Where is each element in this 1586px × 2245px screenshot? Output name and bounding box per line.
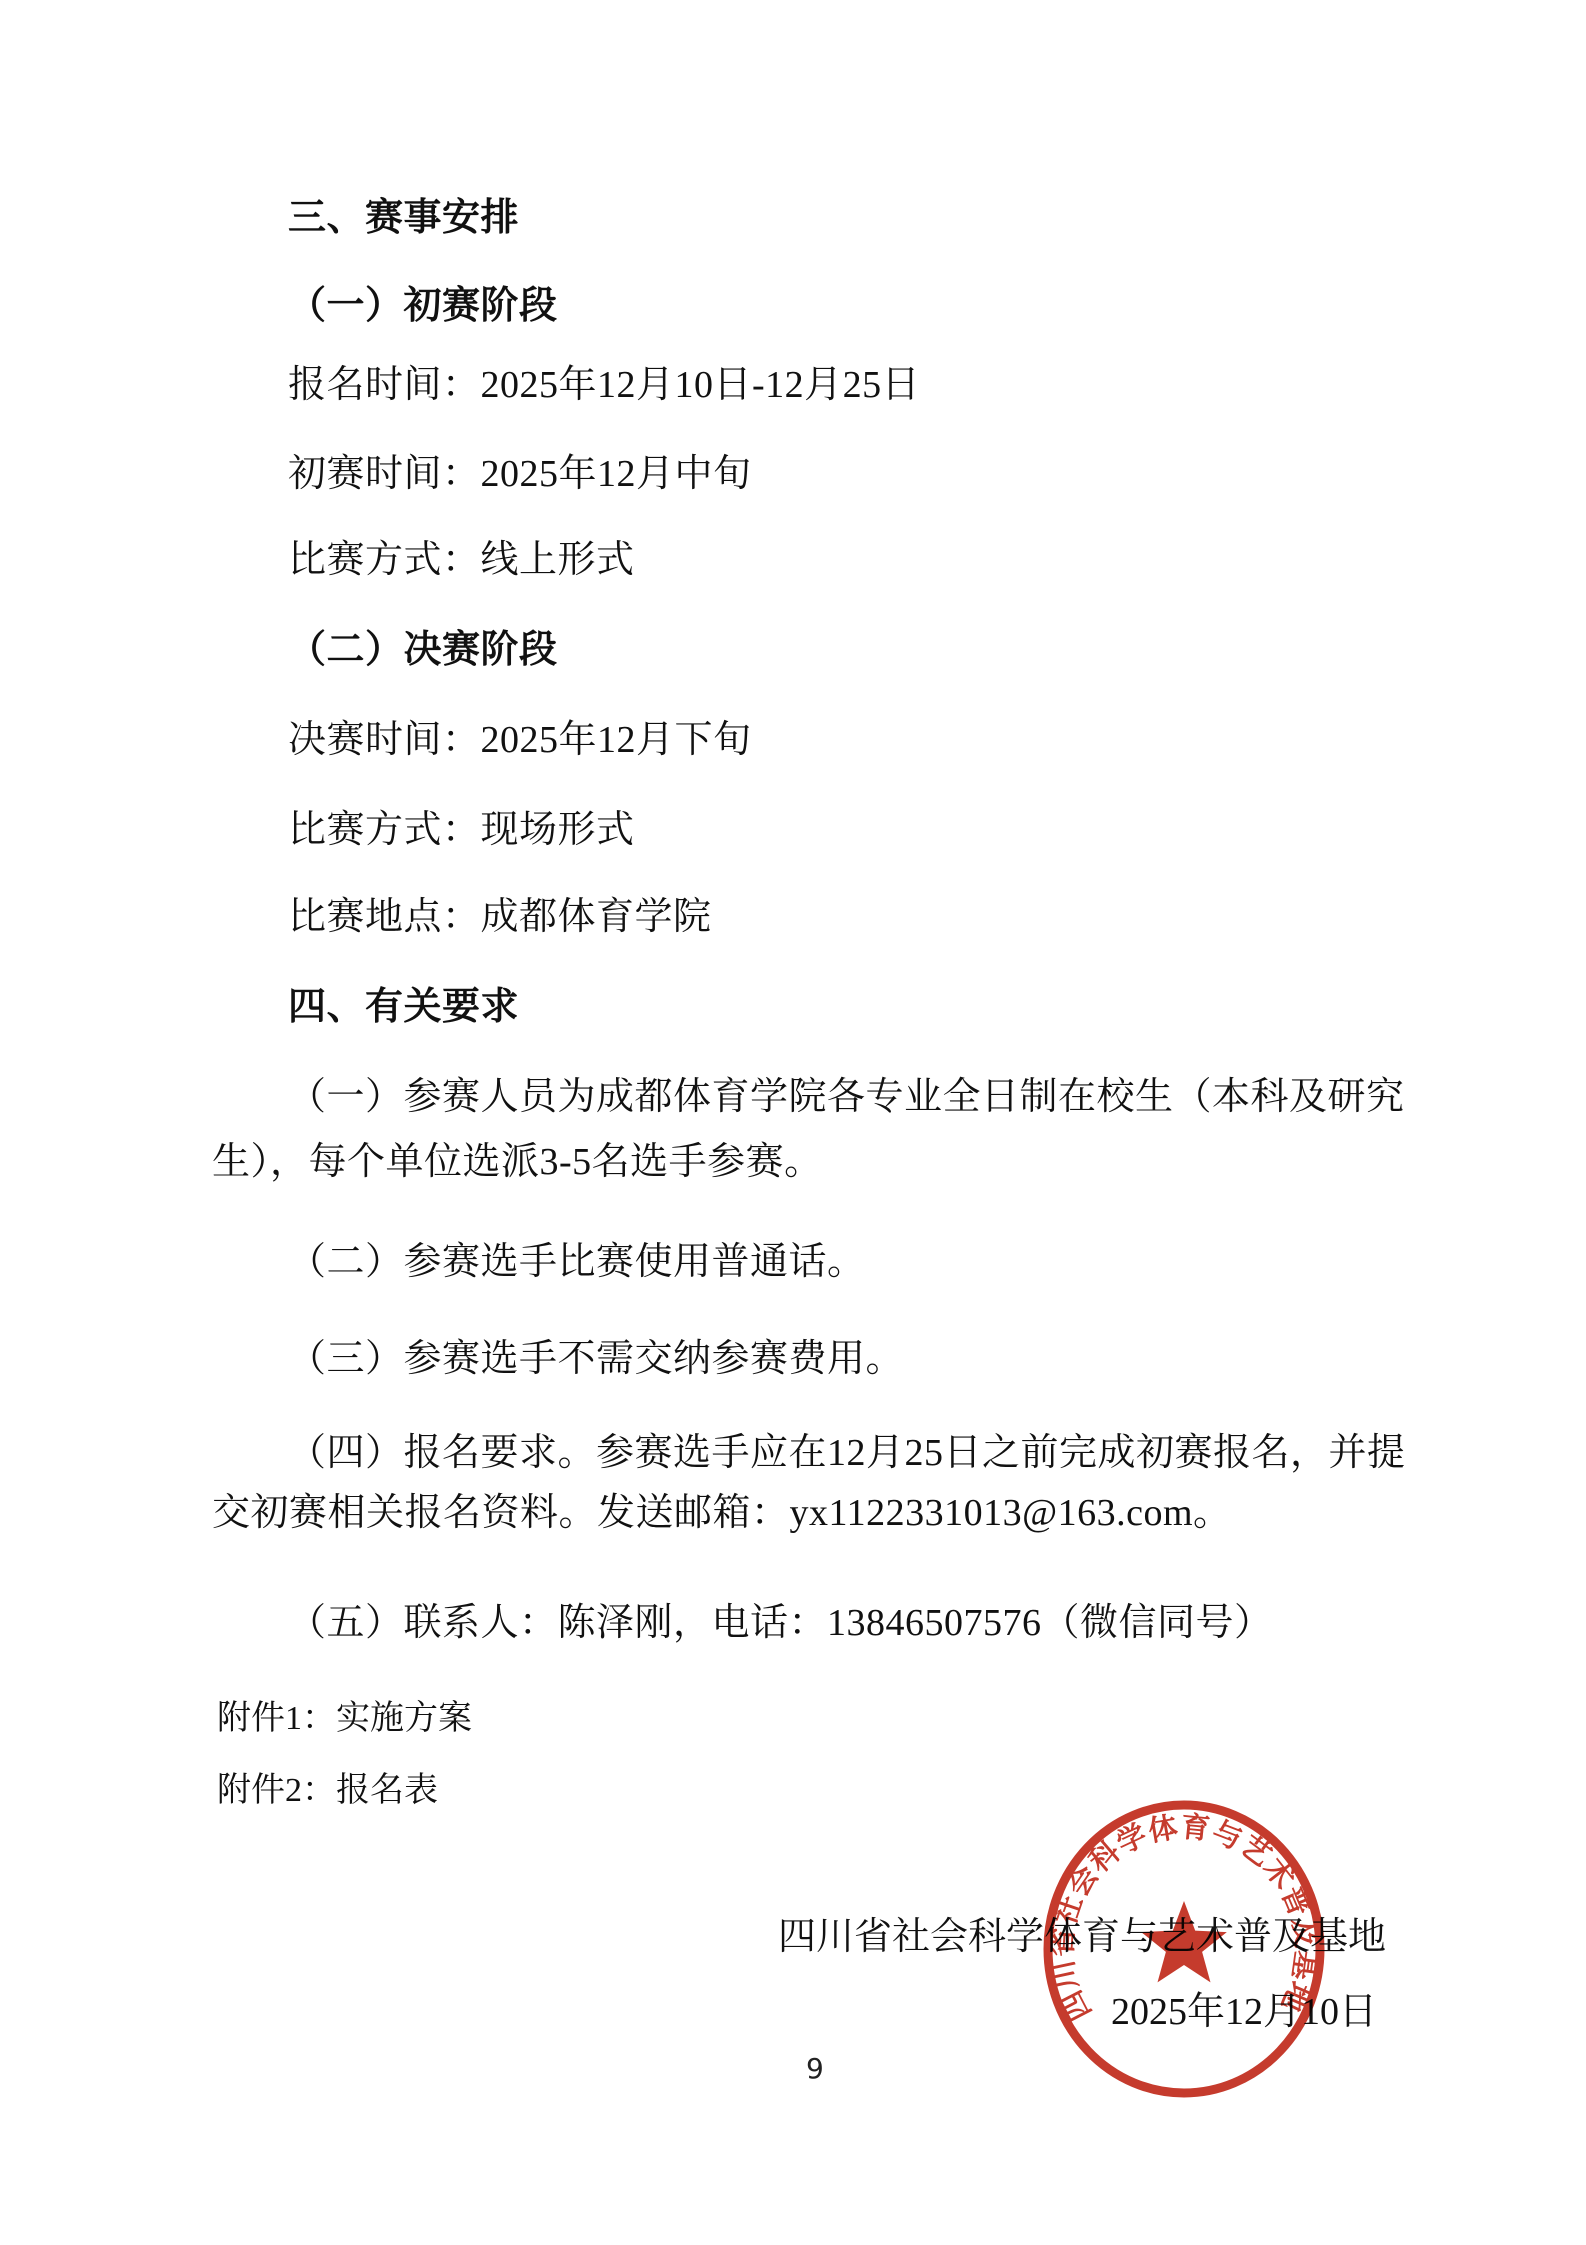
line-format-online: 比赛方式：线上形式 — [288, 538, 635, 584]
requirement-4-line-1: （四）报名要求。参赛选手应在12月25日之前完成初赛报名，并提 — [288, 1431, 1406, 1477]
document-page: 三、赛事安排 （一）初赛阶段 报名时间：2025年12月10日-12月25日 初… — [0, 0, 1586, 2245]
line-preliminary-time: 初赛时间：2025年12月中旬 — [288, 452, 752, 498]
requirement-3: （三）参赛选手不需交纳参赛费用。 — [288, 1337, 904, 1383]
subheading-preliminary-stage: （一）初赛阶段 — [288, 284, 558, 330]
line-registration-time: 报名时间：2025年12月10日-12月25日 — [288, 363, 920, 409]
heading-section-three: 三、赛事安排 — [288, 196, 519, 242]
signature-date: 2025年12月10日 — [1111, 1980, 1377, 2035]
attachment-2: 附件2：报名表 — [217, 1762, 438, 1811]
signature-organization: 四川省社会科学体育与艺术普及基地 — [778, 1905, 1386, 1960]
line-final-time: 决赛时间：2025年12月下旬 — [288, 718, 752, 764]
heading-section-four: 四、有关要求 — [288, 985, 519, 1031]
requirement-2: （二）参赛选手比赛使用普通话。 — [288, 1240, 866, 1286]
line-format-onsite: 比赛方式：现场形式 — [288, 808, 635, 854]
subheading-final-stage: （二）决赛阶段 — [288, 628, 558, 674]
line-venue: 比赛地点：成都体育学院 — [288, 895, 712, 941]
requirement-5-contact: （五）联系人：陈泽刚，电话：13846507576（微信同号） — [288, 1601, 1273, 1647]
page-number: 9 — [806, 2052, 824, 2085]
requirement-1-line-1: （一）参赛人员为成都体育学院各专业全日制在校生（本科及研究 — [288, 1075, 1405, 1121]
requirement-4-line-2: 交初赛相关报名资料。发送邮箱：yx1122331013@163.com。 — [212, 1491, 1232, 1537]
attachment-1: 附件1：实施方案 — [217, 1690, 472, 1739]
requirement-1-line-2: 生），每个单位选派3-5名选手参赛。 — [212, 1140, 823, 1186]
